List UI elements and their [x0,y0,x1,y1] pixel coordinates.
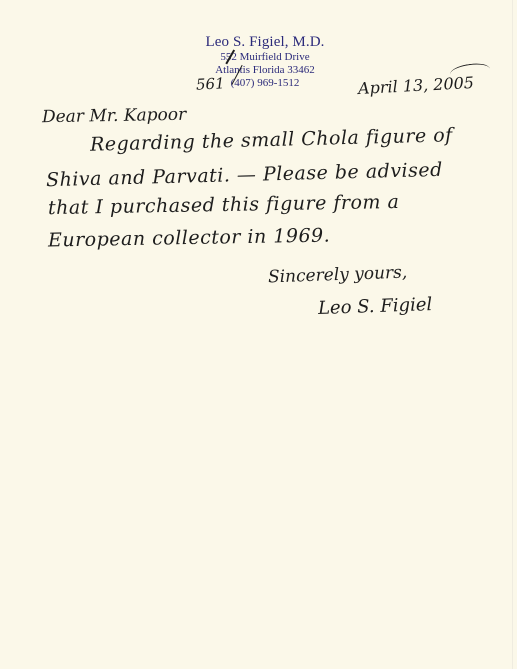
body-line: that I purchased this figure from a [48,191,400,219]
letterhead-street: 552 Muirfield Drive [180,51,350,64]
area-code-correction: 561 [196,74,226,93]
date-flourish [449,61,491,81]
body-line: European collector in 1969. [48,225,331,252]
signature: Leo S. Figiel [318,294,433,319]
salutation: Dear Mr. Kapoor [42,105,186,128]
letterhead-name: Leo S. Figiel, M.D. [180,33,350,51]
body-line: Regarding the small Chola figure of [90,124,453,155]
body-line: Shiva and Parvati. — Please be advised [46,159,443,191]
letter-page: Leo S. Figiel, M.D. 552 Muirfield Drive … [0,0,517,669]
paper-edge [512,0,513,669]
closing: Sincerely yours, [268,263,408,288]
